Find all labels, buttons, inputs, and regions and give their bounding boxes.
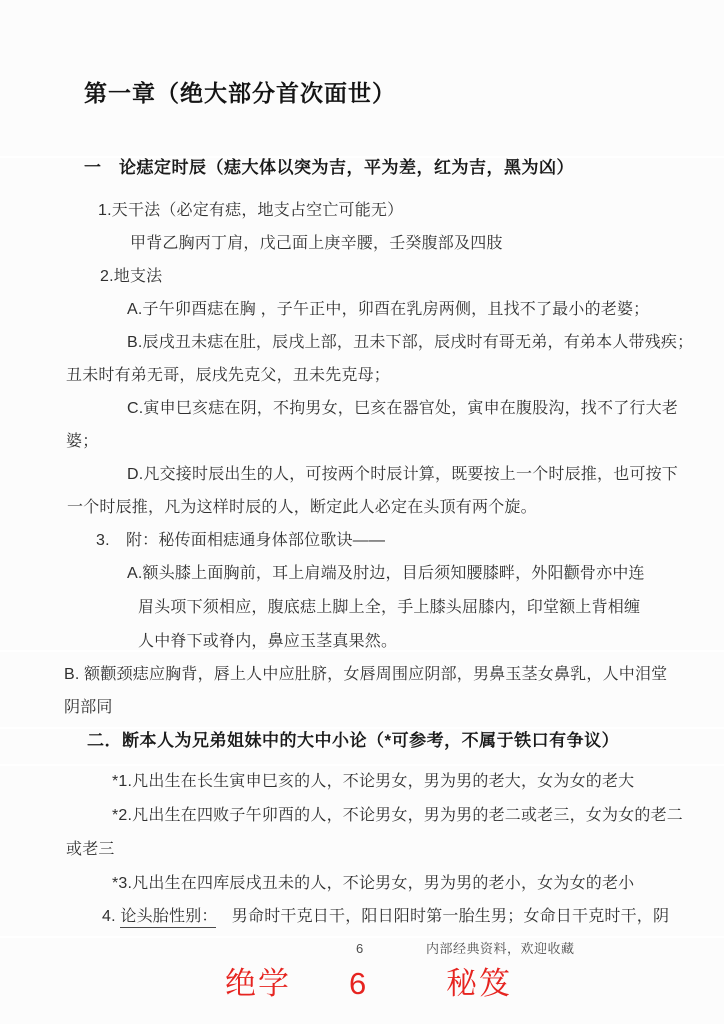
dizhi-item-c-line1: C.寅申巳亥痣在阴，不拘男女，巳亥在器官处，寅申在腹股沟，找不了行大老 xyxy=(127,399,678,418)
firstborn-rest: 男命时干克日干，阳日阳时第一胎生男；女命日干克时干，阴 xyxy=(216,908,670,925)
sibling-item-3: *3.凡出生在四库辰戌丑未的人，不论男女，男为男的老小，女为女的老小 xyxy=(112,874,634,893)
gejue-heading: 3. 附：秘传面相痣通身体部位歌诀—— xyxy=(96,531,385,550)
section-2-heading: 二．断本人为兄弟姐妹中的大中小论（*可参考，不属于铁口有争议） xyxy=(87,731,619,751)
scan-artifact-line xyxy=(0,727,724,729)
tiangan-heading: 1.天干法（必定有痣，地支占空亡可能无） xyxy=(98,201,403,220)
gejue-verse-a-line3: 人中脊下或脊内，鼻应玉茎真果然。 xyxy=(138,632,397,651)
dizhi-item-d-line1: D.凡交接时辰出生的人，可按两个时辰计算，既要按上一个时辰推，也可按下 xyxy=(127,465,678,484)
gejue-verse-a-line2: 眉头项下须相应，腹底痣上脚上全，手上膝头屈膝内，印堂额上背相缠 xyxy=(138,598,640,617)
chapter-title: 第一章（绝大部分首次面世） xyxy=(84,80,396,108)
sibling-item-1: *1.凡出生在长生寅申巳亥的人，不论男女，男为男的老大，女为女的老大 xyxy=(112,772,634,791)
document-page: 第一章（绝大部分首次面世） 一 论痣定时辰（痣大体以突为吉，平为差，红为吉，黑为… xyxy=(0,0,724,1024)
dizhi-item-b-line2: 丑未时有弟无哥，辰戌先克父，丑未先克母； xyxy=(66,366,390,385)
sibling-item-2-line2: 或老三 xyxy=(66,840,115,859)
page-number: 6 xyxy=(356,941,364,957)
gejue-verse-a-line1: A.额头膝上面胸前，耳上肩端及肘边，目后须知腰膝畔，外阳颧骨亦中连 xyxy=(127,564,645,583)
dizhi-heading: 2.地支法 xyxy=(100,267,162,286)
firstborn-underlined-label: 论头胎性别： xyxy=(120,908,215,928)
red-stamp-number: 6 xyxy=(349,965,368,1002)
firstborn-gender-item: 4. 论头胎性别： 男命时干克日干，阳日阳时第一胎生男；女命日干克时干，阴 xyxy=(102,907,669,926)
dizhi-item-a: A.子午卯酉痣在胸 ，子午正中，卯酉在乳房两侧，且找不了最小的老婆； xyxy=(127,300,649,319)
red-stamp-right-text: 秘笈 xyxy=(446,965,512,1002)
dizhi-item-c-line2: 婆； xyxy=(66,432,98,451)
firstborn-prefix: 4. xyxy=(102,908,120,925)
tiangan-verse: 甲背乙胸丙丁肩，戊己面上庚辛腰，壬癸腹部及四肢 xyxy=(130,234,503,253)
scan-artifact-line xyxy=(0,936,724,938)
dizhi-item-b-line1: B.辰戌丑未痣在肚，辰戌上部，丑未下部，辰戌时有哥无弟，有弟本人带残疾； xyxy=(127,333,693,352)
gejue-verse-b-line1: B. 额颧颈痣应胸背，唇上人中应肚脐，女唇周围应阴部，男鼻玉茎女鼻乳，人中泪堂 xyxy=(64,665,667,684)
scan-artifact-line xyxy=(0,764,724,766)
footer-note: 内部经典资料，欢迎收藏 xyxy=(426,941,575,957)
red-stamp-left-text: 绝学 xyxy=(225,965,291,1002)
section-1-heading: 一 论痣定时辰（痣大体以突为吉，平为差，红为吉，黑为凶） xyxy=(84,158,574,178)
dizhi-item-d-line2: 一个时辰推，凡为这样时辰的人，断定此人必定在头顶有两个旋。 xyxy=(67,498,537,517)
sibling-item-2-line1: *2.凡出生在四败子午卯酉的人，不论男女，男为男的老二或老三，女为女的老二 xyxy=(112,806,683,825)
gejue-verse-b-line2: 阴部同 xyxy=(64,698,113,717)
